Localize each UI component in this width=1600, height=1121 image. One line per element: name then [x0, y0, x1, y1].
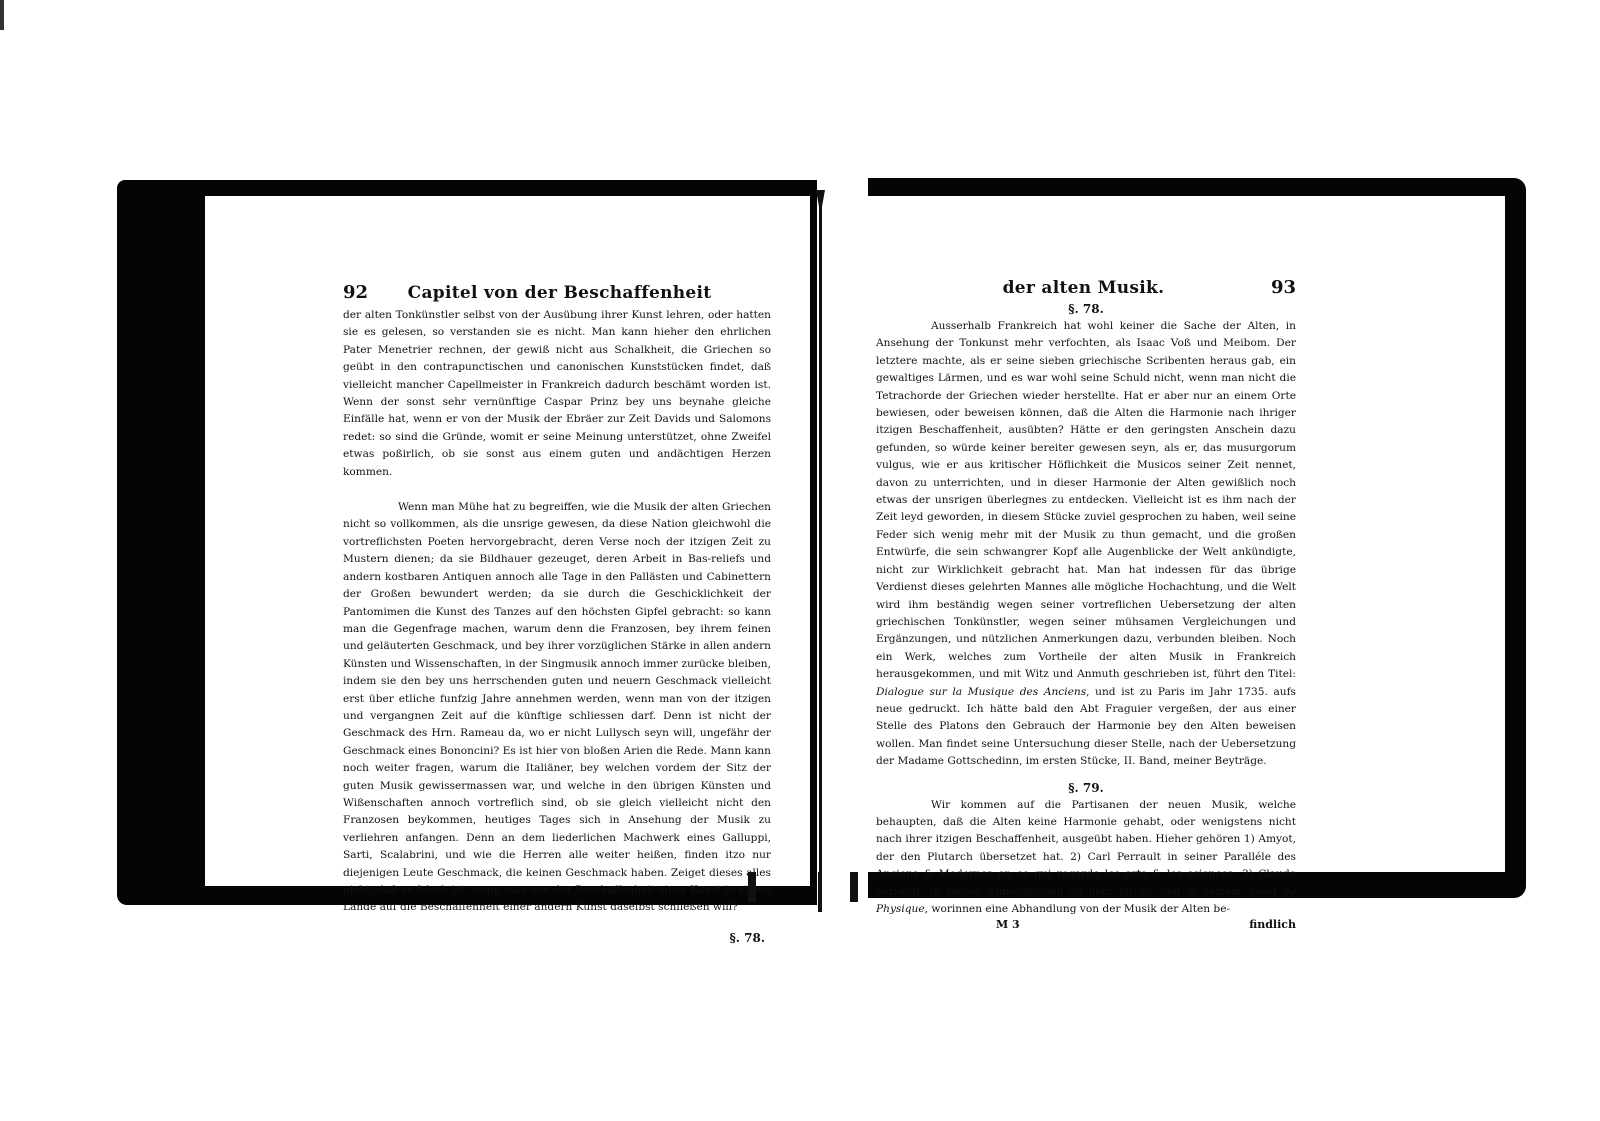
- section-heading: §. 78.: [876, 302, 1296, 316]
- gutter-top-mark: [816, 190, 825, 210]
- scan-edge-mark: [0, 0, 4, 30]
- paragraph: der alten Tonkünstler selbst von der Aus…: [343, 307, 771, 481]
- paragraph: Wir kommen auf die Partisanen der neuen …: [876, 797, 1296, 919]
- book-gutter: [819, 196, 822, 896]
- page-number: 92: [343, 282, 368, 303]
- spine-mark: [850, 872, 858, 902]
- catchword: §. 78.: [343, 931, 771, 945]
- running-head-title: Capitel von der Beschaffenheit: [368, 283, 751, 303]
- page-number: 93: [1271, 277, 1296, 298]
- scanned-book-spread: 92 Capitel von der Beschaffenheit der al…: [0, 0, 1600, 1121]
- signature-mark: M 3: [996, 918, 1020, 931]
- book-title: Dialogue sur la Musique des Anciens: [876, 686, 1086, 698]
- section-heading: §. 79.: [876, 781, 1296, 795]
- running-head: 92 Capitel von der Beschaffenheit: [343, 282, 771, 303]
- spine-mark: [818, 872, 822, 912]
- catchword: findlich: [1249, 918, 1296, 931]
- paragraph: Wenn man Mühe hat zu begreiffen, wie die…: [343, 499, 771, 917]
- running-head-title: der alten Musik.: [896, 278, 1271, 298]
- left-page: 92 Capitel von der Beschaffenheit der al…: [343, 282, 771, 945]
- page-footer: M 3 findlich: [876, 918, 1296, 931]
- right-page: der alten Musik. 93 §. 78. Ausserhalb Fr…: [876, 277, 1296, 931]
- paragraph: Ausserhalb Frankreich hat wohl keiner di…: [876, 318, 1296, 771]
- running-head: der alten Musik. 93: [876, 277, 1296, 298]
